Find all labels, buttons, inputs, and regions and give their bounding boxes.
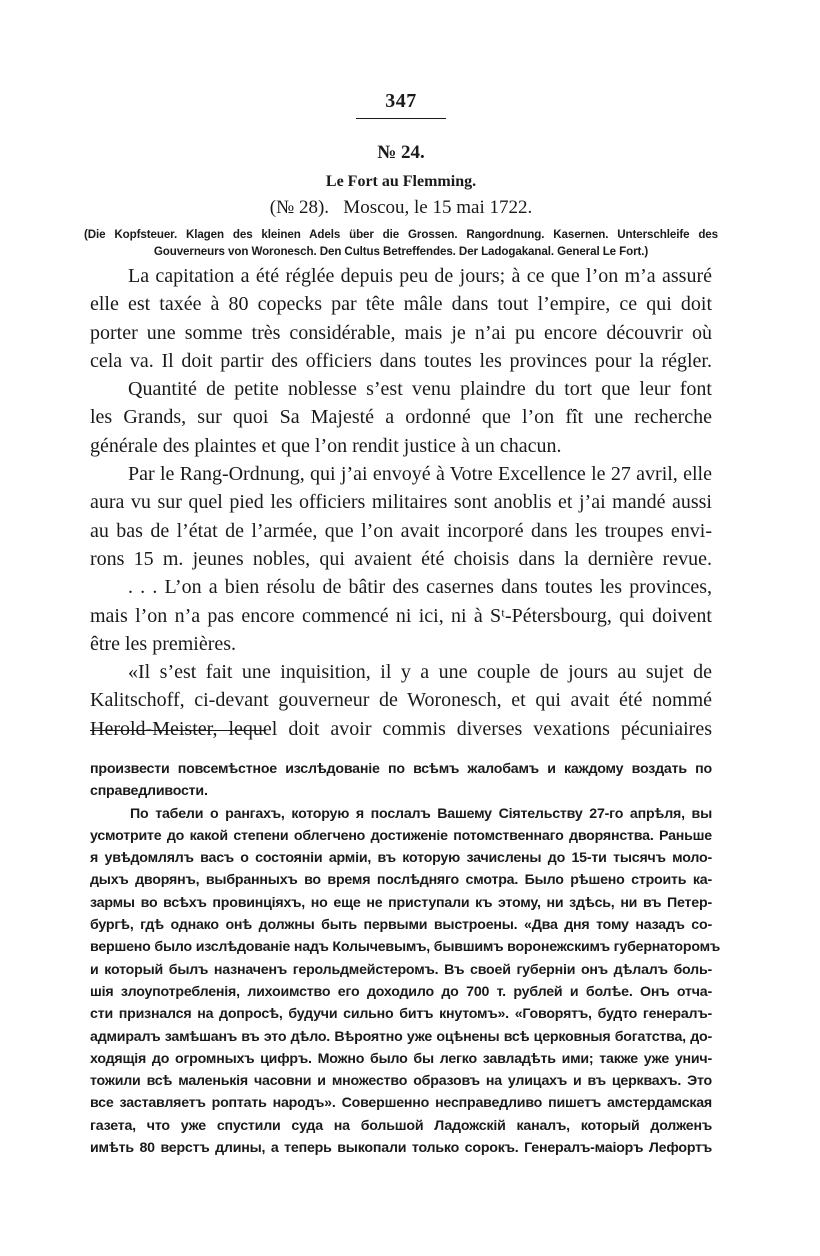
text-line: être les premières. — [90, 630, 712, 658]
footnote-line: и который былъ назначенъ герольдмейстеро… — [90, 959, 712, 981]
footnote-line: газета, что уже спустили суда на большой… — [90, 1115, 712, 1137]
dateline: (№ 28). Moscou, le 15 mai 1722. — [90, 197, 712, 219]
text-line: «Il s’est fait une inquisition, il y a u… — [90, 658, 712, 686]
main-text: La capitation a été réglée depuis peu de… — [90, 262, 712, 743]
footnote-line: адмиралъ замѣшанъ въ это дѣло. Вѣроятно … — [90, 1026, 712, 1048]
footnote-line: все заставляетъ роптать народъ». Соверше… — [90, 1092, 712, 1114]
footnote-line: По табели о рангахъ, которую я послалъ В… — [90, 803, 712, 825]
text-line: . . . L’on a bien résolu de bâtir des ca… — [90, 573, 712, 601]
footnote-translation: произвести повсемѣстное изслѣдованіе по … — [90, 758, 712, 1159]
footnote-line: произвести повсемѣстное изслѣдованіе по … — [90, 758, 712, 780]
footnote-line: вершено было изслѣдованіе надъ Колычевым… — [90, 936, 712, 958]
text-line: Kalitschoff, ci-devant gouverneur de Wor… — [90, 686, 712, 714]
footnote-line: дыхъ дворянъ, выбранныхъ во время послѣд… — [90, 869, 712, 891]
footnote-line: тожили всѣ маленькія часовни и множество… — [90, 1070, 712, 1092]
text-line: aura vu sur quel pied les officiers mili… — [90, 488, 712, 516]
document-number: № 24. — [90, 142, 712, 164]
footnote-line: зармы во всѣхъ провинціяхъ, но еще не пр… — [90, 892, 712, 914]
text-line: les Grands, sur quoi Sa Majesté a ordonn… — [90, 403, 712, 431]
text-line: rons 15 m. jeunes nobles, qui avaient ét… — [90, 545, 712, 573]
text-line: générale des plaintes et que l’on rendit… — [90, 432, 712, 460]
page-number-rule — [356, 118, 446, 119]
text-line: elle est taxée à 80 copecks par tête mâl… — [90, 290, 712, 318]
summary-abstract: (Die Kopfsteuer. Klagen des kleinen Adel… — [84, 226, 718, 260]
footnote-rule — [90, 730, 266, 731]
footnote-line: имѣть 80 верстъ длины, а теперь выкопали… — [90, 1137, 712, 1159]
document-title: Le Fort au Flemming. — [90, 173, 712, 191]
footnote-line: сти признался на допросѣ, будучи сильно … — [90, 1003, 712, 1025]
footnote-line: справедливости. — [90, 780, 712, 802]
footnote-line: я увѣдомлялъ васъ о состояніи арміи, въ … — [90, 847, 712, 869]
footnote-line: шія злоупотребленія, лихоимство его дохо… — [90, 981, 712, 1003]
text-line: La capitation a été réglée depuis peu de… — [90, 262, 712, 290]
text-line: Quantité de petite noblesse s’est venu p… — [90, 375, 712, 403]
text-line: au bas de l’état de l’armée, que l’on av… — [90, 517, 712, 545]
text-line: cela va. Il doit partir des officiers da… — [90, 347, 712, 375]
footnote-line: бургѣ, гдѣ однако онѣ должны быть первым… — [90, 914, 712, 936]
text-line: mais l’on n’a pas encore commencé ni ici… — [90, 602, 712, 630]
text-line: Par le Rang-Ordnung, qui j’ai envoyé à V… — [90, 460, 712, 488]
footnote-line: усмотрите до какой степени облегчено дос… — [90, 825, 712, 847]
text-line: porter une somme très considérable, mais… — [90, 319, 712, 347]
text-line: Herold-Meister, lequel doit avoir commis… — [90, 715, 712, 743]
page-number: 347 — [90, 90, 712, 113]
footnote-line: ходящія до огромныхъ цифръ. Можно было б… — [90, 1048, 712, 1070]
